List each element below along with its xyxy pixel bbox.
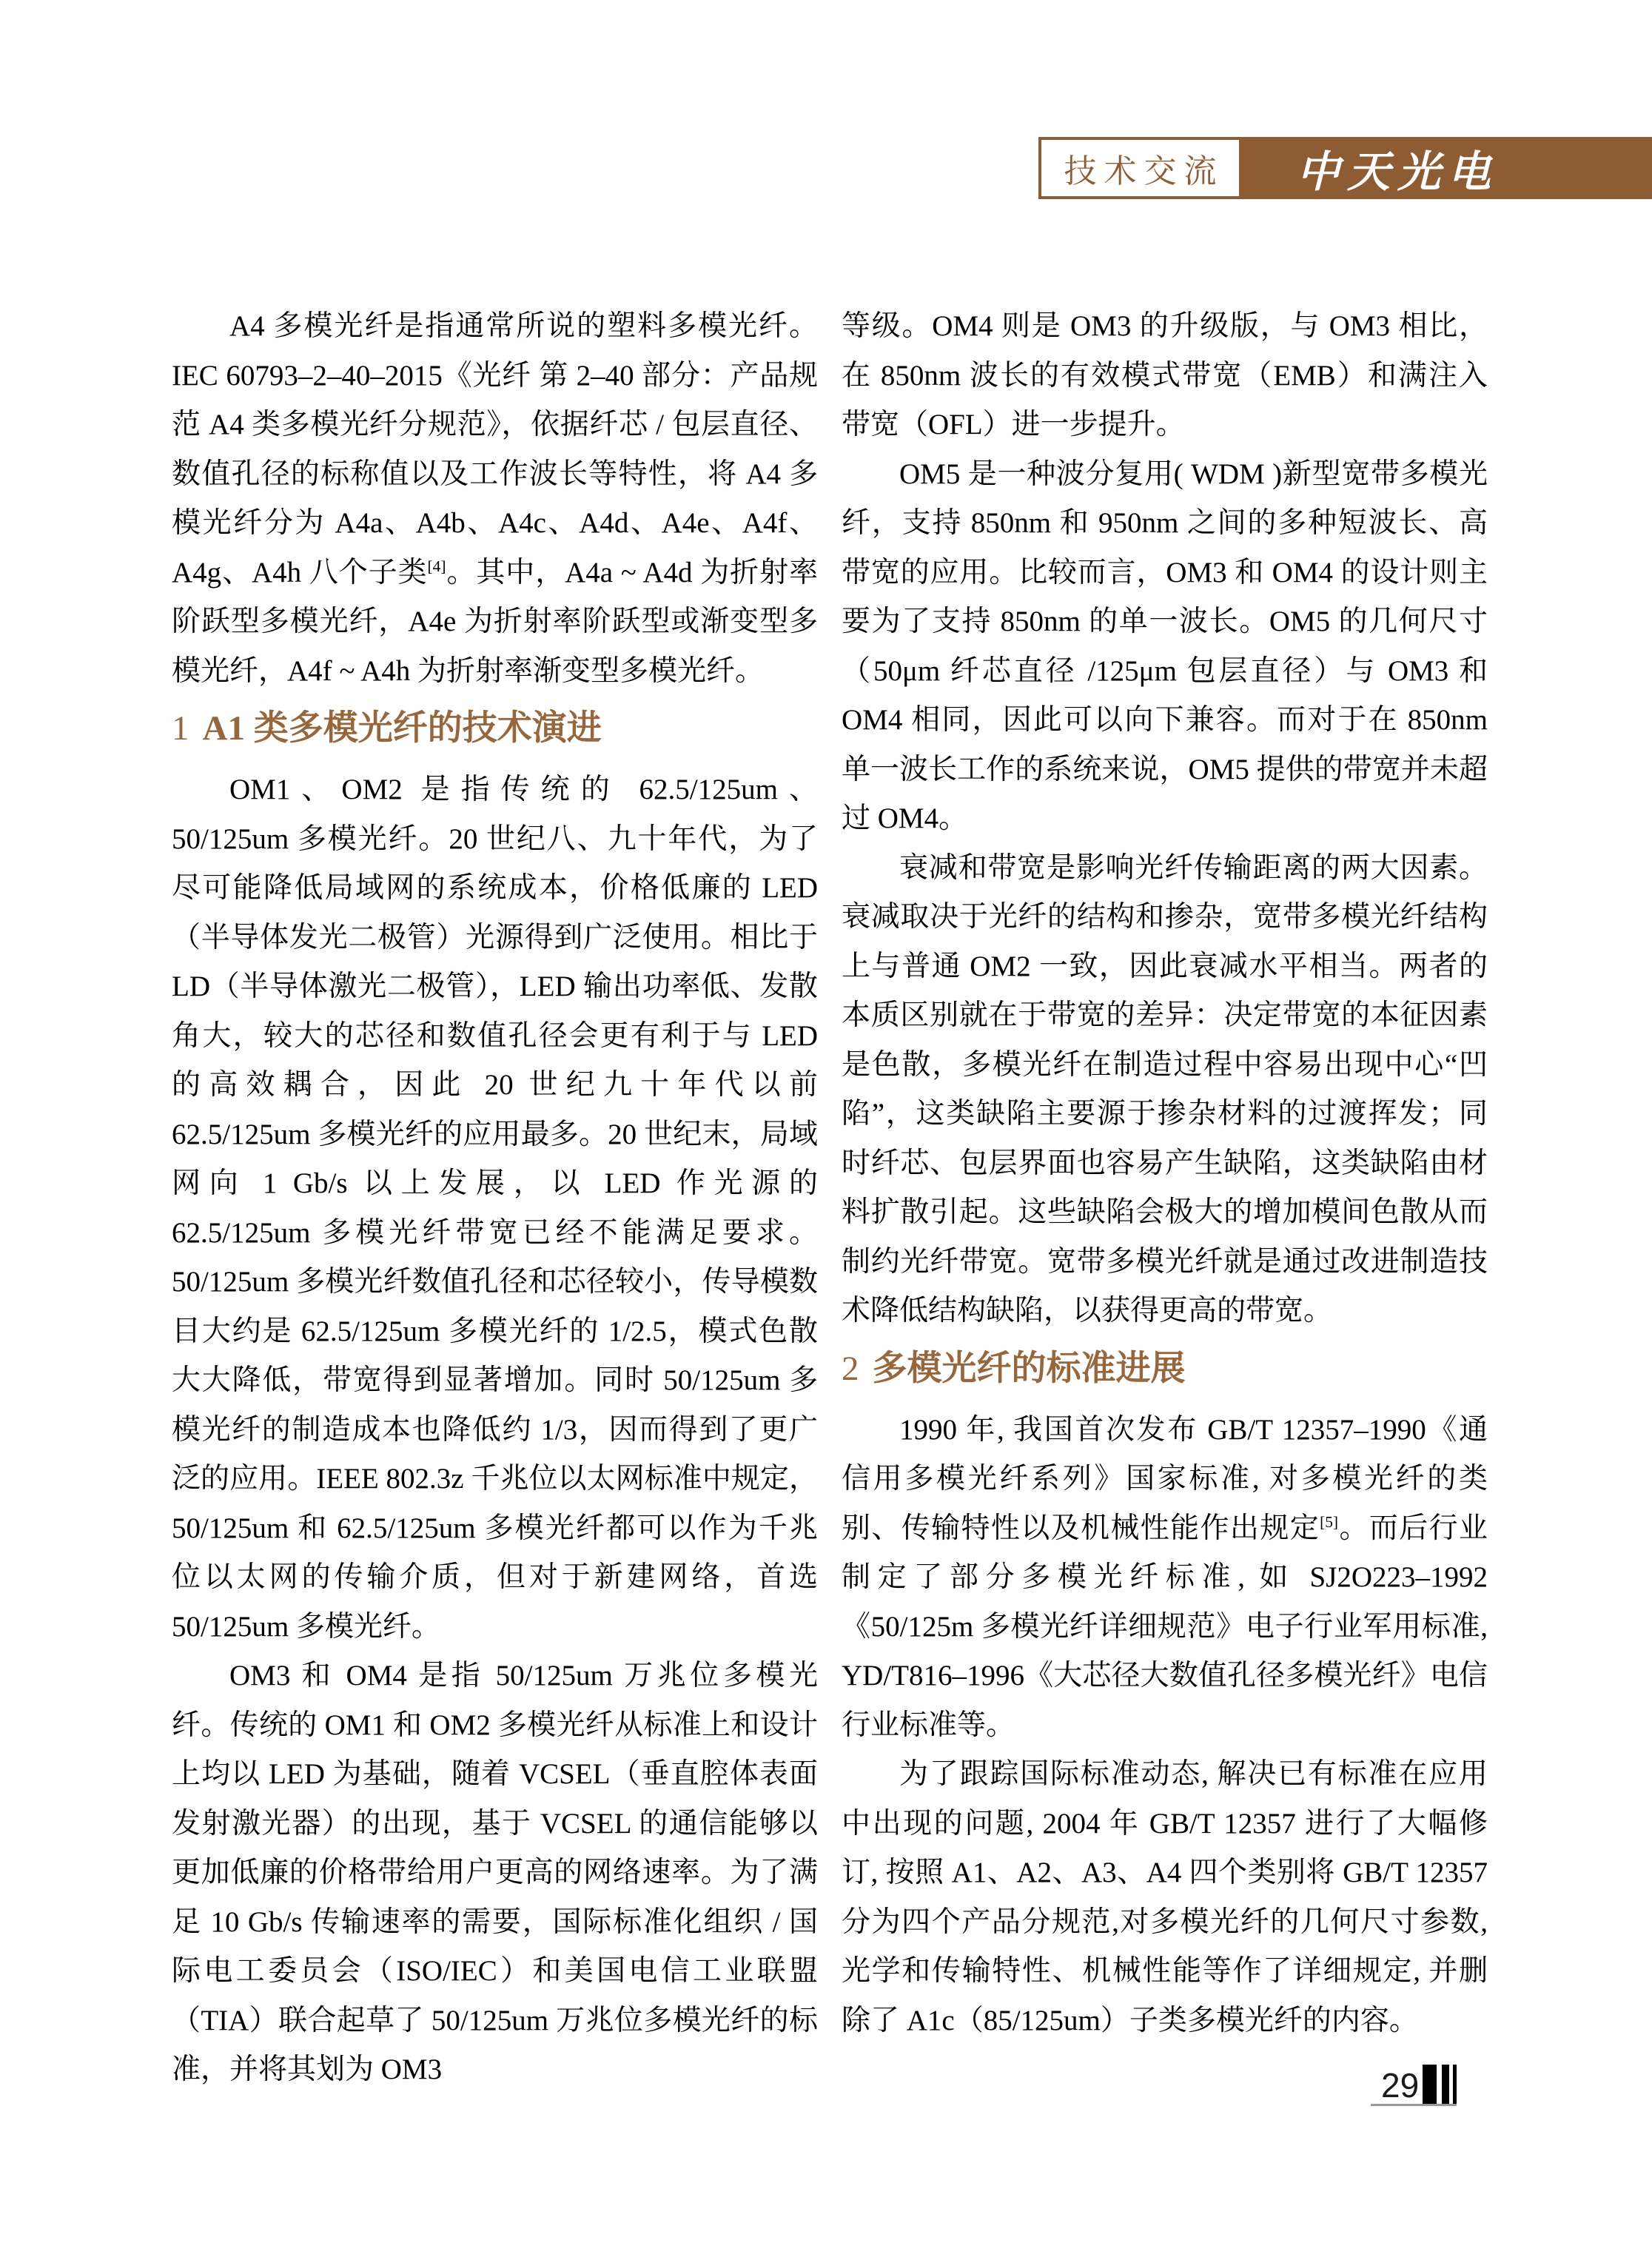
paragraph-om1-om2: OM1、OM2 是指传统的 62.5/125um、50/125um 多模光纤。2… bbox=[172, 765, 818, 1652]
paragraph-attenuation-bandwidth: 衰减和带宽是影响光纤传输距离的两大因素。衰减取决于光纤的结构和掺杂，宽带多模光纤… bbox=[842, 844, 1488, 1336]
paragraph-gbt-revision: 为了跟踪国际标准动态, 解决已有标准在应用中出现的问题, 2004 年 GB/T… bbox=[842, 1750, 1488, 2045]
section-heading-1-title: A1 类多模光纤的技术演进 bbox=[203, 709, 602, 748]
section-label: 技术交流 bbox=[1057, 144, 1224, 192]
footer-bar-medium bbox=[1442, 2065, 1449, 2104]
brand-logo-text: 中天光电 bbox=[1297, 137, 1498, 199]
right-column: 等级。OM4 则是 OM3 的升级版，与 OM3 相比，在 850nm 波长的有… bbox=[842, 302, 1488, 2095]
document-page: 技术交流 中天光电 A4 多模光纤是指通常所说的塑料多模光纤。IEC 60793… bbox=[0, 0, 1652, 2243]
section-label-box: 技术交流 bbox=[1038, 137, 1242, 199]
brand-logo: 中天光电 bbox=[1297, 137, 1498, 199]
article-body: A4 多模光纤是指通常所说的塑料多模光纤。IEC 60793–2–40–2015… bbox=[172, 302, 1488, 2095]
left-column: A4 多模光纤是指通常所说的塑料多模光纤。IEC 60793–2–40–2015… bbox=[172, 302, 818, 2095]
section-heading-2-title: 多模光纤的标准进展 bbox=[873, 1350, 1186, 1388]
section-heading-1: 1A1 类多模光纤的技术演进 bbox=[172, 706, 818, 751]
footer-bar-thick bbox=[1423, 2065, 1437, 2104]
section-heading-1-number: 1 bbox=[172, 709, 189, 748]
paragraph-om3-om4: OM3 和 OM4 是指 50/125um 万兆位多模光纤。传统的 OM1 和 … bbox=[172, 1652, 818, 2095]
page-number-rule bbox=[1371, 2104, 1457, 2106]
footer-bar-thin bbox=[1453, 2065, 1457, 2104]
section-heading-2-number: 2 bbox=[842, 1350, 859, 1388]
paragraph-gbt-standard: 1990 年, 我国首次发布 GB/T 12357–1990《通信用多模光纤系列… bbox=[842, 1406, 1488, 1751]
paragraph-a4-intro: A4 多模光纤是指通常所说的塑料多模光纤。IEC 60793–2–40–2015… bbox=[172, 302, 818, 696]
paragraph-om4-continuation: 等级。OM4 则是 OM3 的升级版，与 OM3 相比，在 850nm 波长的有… bbox=[842, 302, 1488, 450]
paragraph-om5: OM5 是一种波分复用( WDM )新型宽带多模光纤，支持 850nm 和 95… bbox=[842, 450, 1488, 844]
page-number: 29 bbox=[1381, 2065, 1419, 2105]
section-heading-2: 2多模光纤的标准进展 bbox=[842, 1347, 1488, 1391]
